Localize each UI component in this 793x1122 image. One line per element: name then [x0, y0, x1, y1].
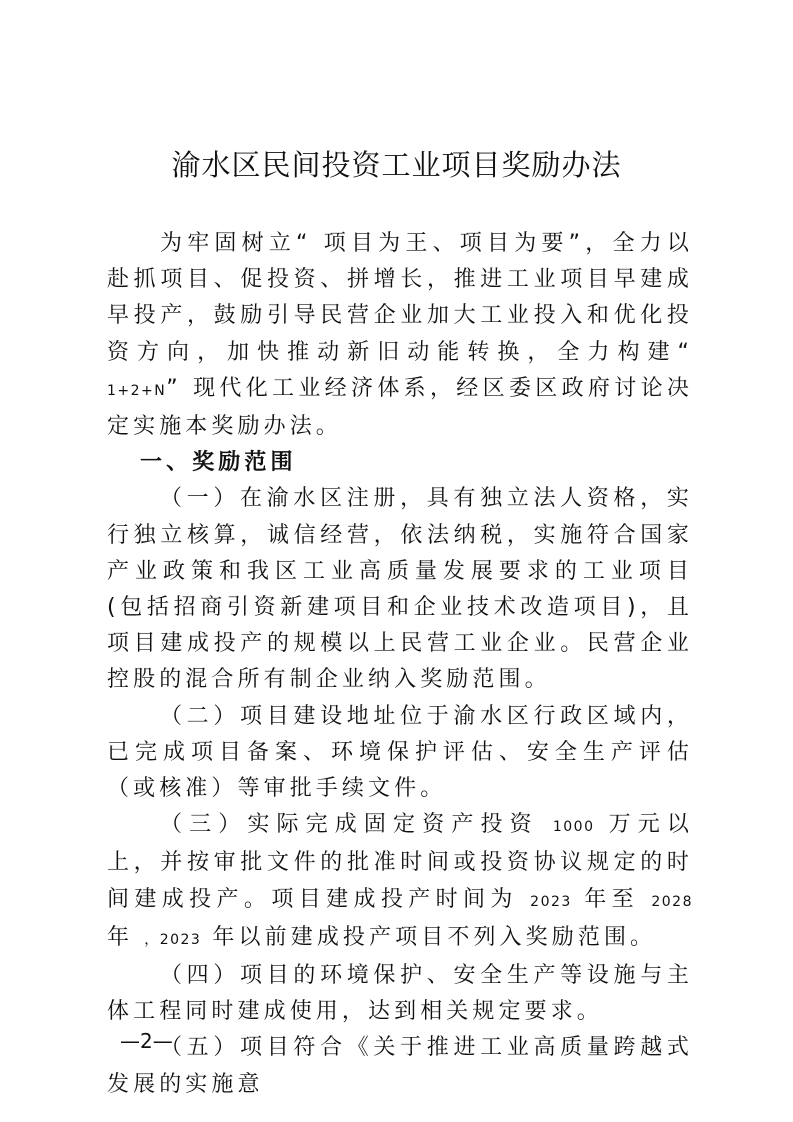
item-3-paragraph: （三）实际完成固定资产投资 1000 万元以上，并按审批文件的批准时间或投资协议…	[107, 807, 693, 958]
item-3-text-3: 年至	[572, 887, 652, 912]
section-heading: 一、奖励范围	[107, 445, 693, 481]
item-2-paragraph: （二）项目建设地址位于渝水区行政区域内，已完成项目备案、环境保护评估、安全生产评…	[107, 699, 693, 808]
document-body: 为牢固树立“ 项目为王、项目为要”，全力以赴抓项目、促投资、拼增长，推进工业项目…	[107, 226, 693, 1103]
investment-amount: 1000	[553, 819, 595, 835]
year-end: 2028	[651, 894, 693, 910]
document-page: 渝水区民间投资工业项目奖励办法 为牢固树立“ 项目为王、项目为要”，全力以赴抓项…	[0, 0, 793, 1122]
item-3-text-4: 年	[107, 925, 144, 950]
intro-text-after: ” 现代化工业经济体系，经区委区政府讨论决定实施本奖励办法。	[107, 376, 693, 439]
item-3-text-1: （三）实际完成固定资产投资	[160, 812, 553, 837]
year-cutoff: 2023	[160, 932, 202, 948]
intro-paragraph: 为牢固树立“ 项目为王、项目为要”，全力以赴抓项目、促投资、拼增长，推进工业项目…	[107, 226, 693, 445]
item-1-paragraph: （一）在渝水区注册，具有独立法人资格，实行独立核算，诚信经营，依法纳税，实施符合…	[107, 481, 693, 698]
separator: ，	[144, 932, 160, 948]
document-title: 渝水区民间投资工业项目奖励办法	[0, 145, 793, 185]
intro-text-before: 为牢固树立“ 项目为王、项目为要”，全力以赴抓项目、促投资、拼增长，推进工业项目…	[107, 231, 693, 365]
year-start: 2023	[530, 894, 572, 910]
item-5-paragraph: （五）项目符合《关于推进工业高质量跨越式发展的实施意	[107, 1030, 693, 1102]
item-3-text-5: 年以前建成投产项目不列入奖励范围。	[201, 925, 656, 950]
intro-number: 1+2+N	[107, 383, 166, 399]
page-number: —2—	[120, 1029, 173, 1053]
item-4-paragraph: （四）项目的环境保护、安全生产等设施与主体工程同时建成使用，达到相关规定要求。	[107, 958, 693, 1030]
